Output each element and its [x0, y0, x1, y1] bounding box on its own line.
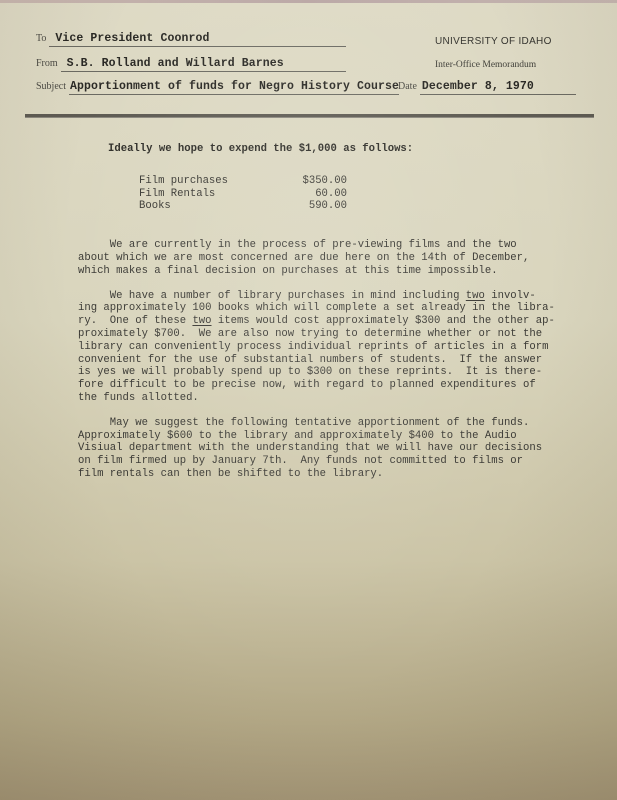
paragraph-line: film rentals can then be shifted to the …	[78, 468, 558, 481]
budget-item: Film purchases	[139, 175, 228, 188]
budget-amount: 590.00	[267, 200, 347, 213]
budget-row: Film Rentals 60.00	[139, 188, 347, 201]
paragraph-line: We have a number of library purchases in…	[78, 290, 558, 303]
paragraph-line: library can conveniently process individ…	[78, 341, 558, 354]
budget-row: Books 590.00	[139, 200, 347, 213]
paper-top-edge	[0, 0, 617, 3]
header-divider	[25, 114, 594, 118]
paragraph-line: the funds allotted.	[78, 392, 558, 405]
intro-sentence: Ideally we hope to expend the $1,000 as …	[108, 143, 558, 156]
paragraph-line: ry. One of these two items would cost ap…	[78, 315, 558, 328]
paragraph-line: on film firmed up by January 7th. Any fu…	[78, 455, 558, 468]
paragraph-line: May we suggest the following tentative a…	[78, 417, 558, 430]
subject-label: Subject	[36, 81, 66, 92]
budget-item: Books	[139, 200, 171, 213]
paragraph-line: ing approximately 100 books which will c…	[78, 302, 558, 315]
to-label: To	[36, 33, 46, 44]
from-value: S.B. Rolland and Willard Barnes	[61, 57, 346, 72]
paragraph-line: is yes we will probably spend up to $300…	[78, 366, 558, 379]
paragraph-films: We are currently in the process of pre-v…	[78, 239, 558, 277]
paragraph-library: We have a number of library purchases in…	[78, 290, 558, 405]
budget-amount: 60.00	[267, 188, 347, 201]
budget-row: Film purchases $350.00	[139, 175, 347, 188]
subject-field: Subject Apportionment of funds for Negro…	[36, 80, 366, 95]
paragraph-line: proximately $700. We are also now trying…	[78, 328, 558, 341]
paragraph-line: fore difficult to be precise now, with r…	[78, 379, 558, 392]
memo-body: Ideally we hope to expend the $1,000 as …	[78, 143, 558, 493]
budget-item: Film Rentals	[139, 188, 215, 201]
to-value: Vice President Coonrod	[49, 32, 346, 47]
budget-amount: $350.00	[267, 175, 347, 188]
date-label: Date	[398, 81, 417, 92]
to-field: To Vice President Coonrod	[36, 32, 346, 47]
paragraph-apportionment: May we suggest the following tentative a…	[78, 417, 558, 481]
paragraph-line: Approximately $600 to the library and ap…	[78, 430, 558, 443]
budget-table: Film purchases $350.00 Film Rentals 60.0…	[139, 175, 558, 213]
from-label: From	[36, 58, 58, 69]
paragraph-line: We are currently in the process of pre-v…	[78, 239, 558, 252]
paragraph-line: which makes a final decision on purchase…	[78, 265, 558, 278]
subject-value: Apportionment of funds for Negro History…	[69, 80, 399, 95]
date-field: Date December 8, 1970	[398, 80, 576, 95]
organization-name: UNIVERSITY OF IDAHO	[435, 36, 552, 47]
from-field: From S.B. Rolland and Willard Barnes	[36, 57, 346, 72]
paragraph-line: Visiual department with the understandin…	[78, 442, 558, 455]
paragraph-line: convenient for the use of substantial nu…	[78, 354, 558, 367]
memo-form-type: Inter-Office Memorandum	[435, 60, 536, 70]
date-value: December 8, 1970	[420, 80, 576, 95]
paragraph-line: about which we are most concerned are du…	[78, 252, 558, 265]
